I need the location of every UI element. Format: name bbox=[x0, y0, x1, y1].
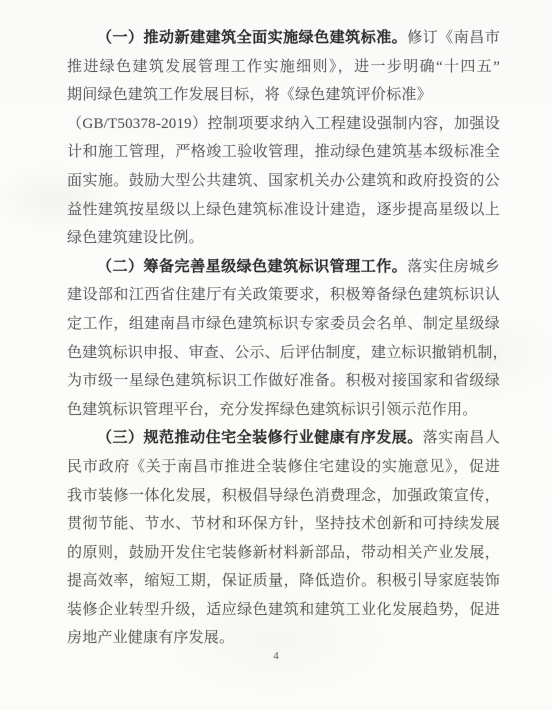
text-line: 益性建筑按星级以上绿色建筑标准设计建造，逐步提高星级以上 bbox=[67, 196, 500, 225]
paragraph-heading: （三）规范推动住宅全装修行业健康有序发展。 bbox=[97, 430, 423, 446]
text-line: 装修企业转型升级，适应绿色建筑和建筑工业化发展趋势，促进 bbox=[67, 596, 500, 625]
text-line: 房地产业健康有序发展。 bbox=[67, 624, 500, 653]
text-line: （一）推动新建建筑全面实施绿色建筑标准。修订《南昌市 bbox=[67, 24, 500, 53]
text-line: （GB/T50378-2019）控制项要求纳入工程建设强制内容，加强设 bbox=[67, 110, 500, 139]
paragraph: （二）筹备完善星级绿色建筑标识管理工作。落实住房城乡建设部和江西省住建厅有关政策… bbox=[67, 253, 500, 425]
page-number: 4 bbox=[0, 650, 552, 662]
text-line: 建设部和江西省住建厅有关政策要求，积极筹备绿色建筑标识认 bbox=[67, 281, 500, 310]
document-page: （一）推动新建建筑全面实施绿色建筑标准。修订《南昌市推进绿色建筑发展管理工作实施… bbox=[0, 0, 552, 710]
text-line: 推进绿色建筑发展管理工作实施细则》，进一步明确“十四五” bbox=[67, 53, 500, 82]
text-line: 我市装修一体化发展，积极倡导绿色消费理念，加强政策宣传， bbox=[67, 482, 500, 511]
paragraph-heading: （一）推动新建建筑全面实施绿色建筑标准。 bbox=[97, 30, 407, 46]
paragraph: （一）推动新建建筑全面实施绿色建筑标准。修订《南昌市推进绿色建筑发展管理工作实施… bbox=[67, 24, 500, 253]
text-line: 的原则，鼓励开发住宅装修新材料新部品，带动相关产业发展， bbox=[67, 539, 500, 568]
text-line: （三）规范推动住宅全装修行业健康有序发展。落实南昌人 bbox=[67, 424, 500, 453]
document-body: （一）推动新建建筑全面实施绿色建筑标准。修订《南昌市推进绿色建筑发展管理工作实施… bbox=[67, 24, 500, 653]
text-line: 定工作，组建南昌市绿色建筑标识专家委员会名单、制定星级绿 bbox=[67, 310, 500, 339]
text-line: （二）筹备完善星级绿色建筑标识管理工作。落实住房城乡 bbox=[67, 253, 500, 282]
text-line: 面实施。鼓励大型公共建筑、国家机关办公建筑和政府投资的公 bbox=[67, 167, 500, 196]
paragraph-text: 落实住房城乡 bbox=[407, 259, 500, 275]
text-line: 为市级一星绿色建筑标识工作做好准备。积极对接国家和省级绿 bbox=[67, 367, 500, 396]
text-line: 绿色建筑建设比例。 bbox=[67, 224, 500, 253]
text-line: 民市政府《关于南昌市推进全装修住宅建设的实施意见》，促进 bbox=[67, 453, 500, 482]
text-line: 色建筑标识申报、审查、公示、后评估制度，建立标识撤销机制， bbox=[67, 339, 500, 368]
paragraph-text: 落实南昌人 bbox=[423, 430, 500, 446]
paragraph-text: 修订《南昌市 bbox=[407, 30, 500, 46]
paragraph-heading: （二）筹备完善星级绿色建筑标识管理工作。 bbox=[97, 259, 407, 275]
text-line: 贯彻节能、节水、节材和环保方针，坚持技术创新和可持续发展 bbox=[67, 510, 500, 539]
text-line: 计和施工管理，严格竣工验收管理，推动绿色建筑基本级标准全 bbox=[67, 138, 500, 167]
paragraph: （三）规范推动住宅全装修行业健康有序发展。落实南昌人民市政府《关于南昌市推进全装… bbox=[67, 424, 500, 653]
text-line: 色建筑标识管理平台，充分发挥绿色建筑标识引领示范作用。 bbox=[67, 396, 500, 425]
text-line: 提高效率，缩短工期，保证质量，降低造价。积极引导家庭装饰 bbox=[67, 567, 500, 596]
text-line: 期间绿色建筑工作发展目标，将《绿色建筑评价标准》 bbox=[67, 81, 500, 110]
